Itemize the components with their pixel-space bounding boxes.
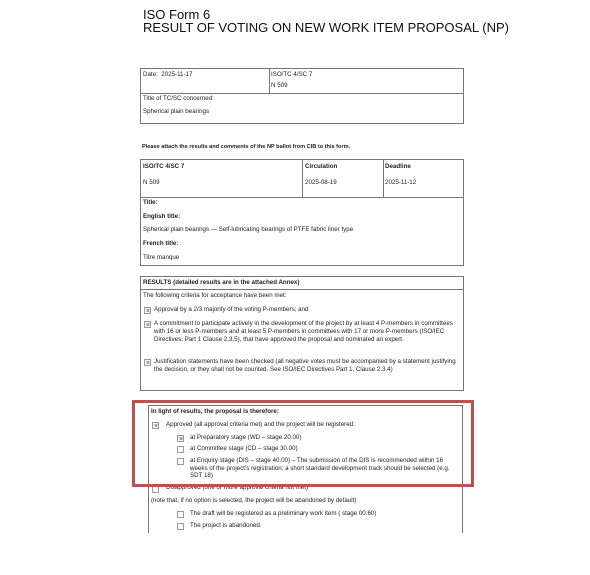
criterion-1-text: Approval by a 2/3 majority of the voting… bbox=[154, 306, 308, 314]
abandoned-checkbox[interactable] bbox=[177, 523, 184, 530]
criterion-3-checkbox[interactable] bbox=[144, 359, 151, 366]
attach-note: Please attach the results and comments o… bbox=[142, 143, 350, 151]
title-value: Spherical plain bearings bbox=[143, 108, 209, 116]
criterion-3-text: Justification statements have been check… bbox=[154, 358, 462, 374]
circulation-value: 2025-08-19 bbox=[305, 179, 337, 187]
date-value: 2025-11-17 bbox=[161, 71, 192, 78]
criterion-2-checkbox[interactable] bbox=[144, 321, 151, 328]
highlight-box bbox=[132, 400, 474, 487]
abandoned-text: The project is abandoned. bbox=[190, 522, 262, 530]
french-title-label: French title: bbox=[143, 240, 178, 248]
deadline-value: 2025-11-12 bbox=[385, 179, 416, 187]
results-intro: The following criteria for acceptance ha… bbox=[143, 292, 286, 300]
circulation-label: Circulation bbox=[305, 163, 337, 171]
ballot-table bbox=[140, 159, 464, 266]
english-title-value: Spherical plain bearings — Self-lubricat… bbox=[143, 226, 353, 234]
doc-number: N 509 bbox=[271, 82, 288, 90]
page-title: RESULT OF VOTING ON NEW WORK ITEM PROPOS… bbox=[143, 21, 509, 35]
criterion-1-checkbox[interactable] bbox=[144, 307, 151, 314]
abandon-note: (note that, if no option is selected, th… bbox=[151, 497, 356, 505]
criterion-2-text: A commitment to participate actively in … bbox=[154, 320, 462, 345]
ballot-committee: ISO/TC 4/SC 7 bbox=[143, 163, 184, 171]
results-heading: RESULTS (detailed results are in the att… bbox=[143, 279, 299, 287]
date-label: Date: 2025-11-17 bbox=[143, 71, 192, 79]
english-title-label: English title: bbox=[143, 213, 180, 221]
deadline-label: Deadline bbox=[385, 163, 411, 171]
ballot-title-label: Title: bbox=[143, 199, 158, 207]
committee: ISO/TC 4/SC 7 bbox=[271, 71, 312, 79]
preliminary-item-checkbox[interactable] bbox=[177, 511, 184, 518]
title-label: Title of TC/SC concerned: bbox=[143, 95, 214, 103]
preliminary-item-text: The draft will be registered as a prelim… bbox=[190, 510, 376, 518]
disapproved-checkbox[interactable] bbox=[152, 486, 159, 493]
french-title-value: Titre manque bbox=[143, 254, 179, 262]
ballot-doc-number: N 509 bbox=[143, 179, 160, 187]
